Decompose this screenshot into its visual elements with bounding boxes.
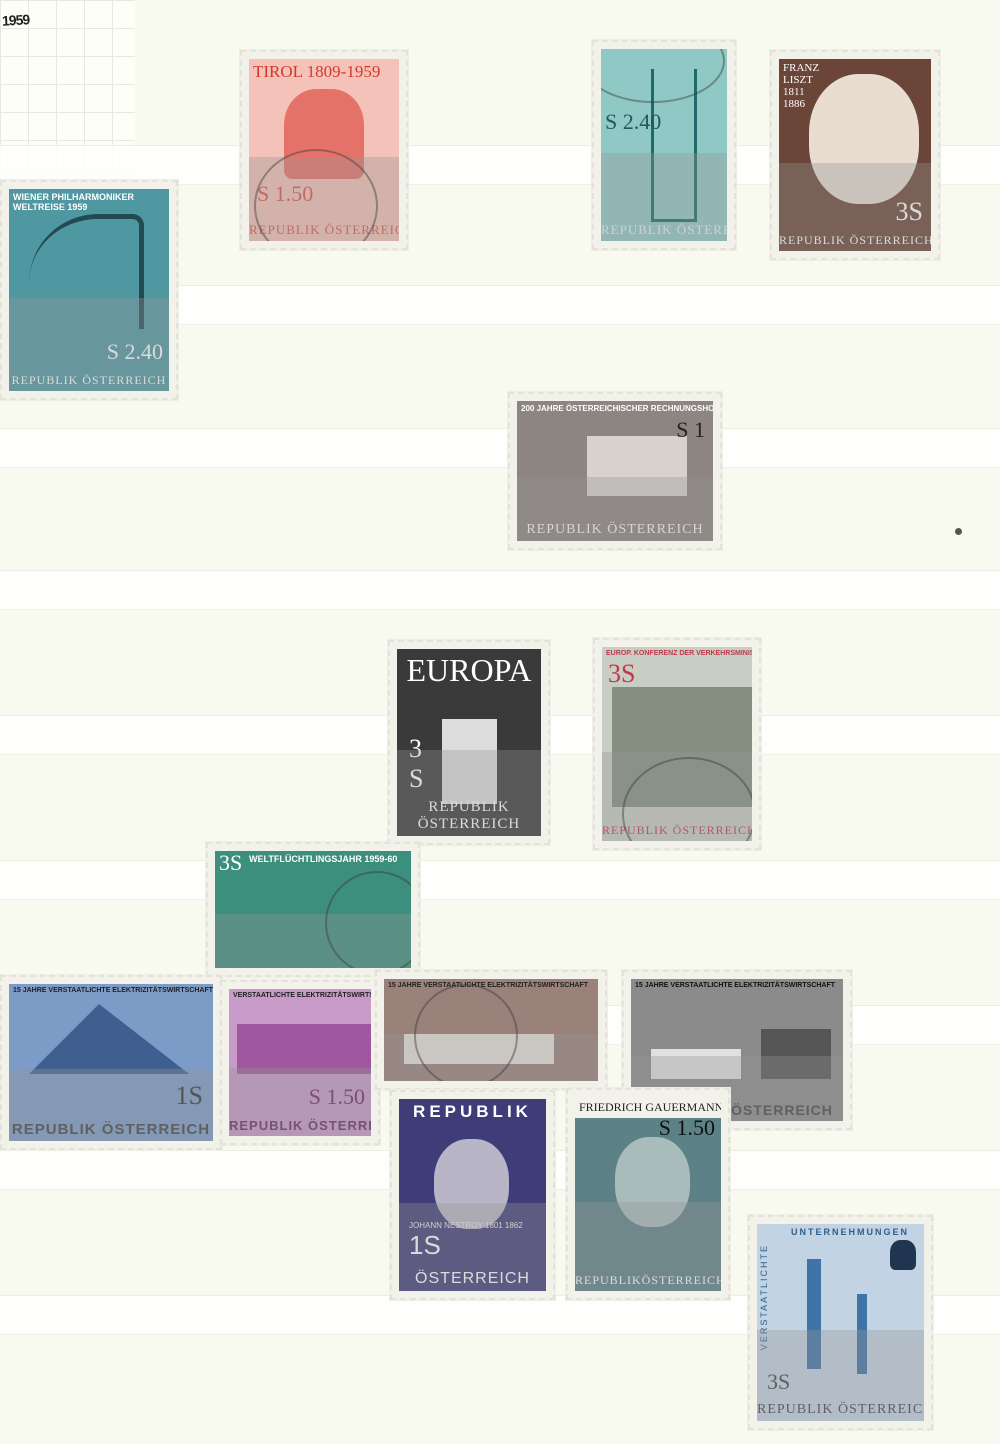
postmark: [601, 49, 725, 103]
stamp-philharmonic: WIENER PHILHARMONIKER WELTREISE 1959 S 2…: [0, 180, 178, 400]
postmark: [414, 984, 518, 1081]
stamp-elektro-danube: VERSTAATLICHTE ELEKTRIZITÄTSWIRTSCHAFT S…: [220, 980, 380, 1145]
glassine-strip: [0, 570, 1000, 610]
glassine-strip: [0, 428, 1000, 468]
stamp-europa: EUROPA 3 S REPUBLIK ÖSTERREICH: [388, 640, 550, 845]
stamp-elektro-dam: 15 JAHRE VERSTAATLICHTE ELEKTRIZITÄTSWIR…: [375, 970, 607, 1090]
album-page: 1959 TIROL 1809-1959 S 1.50 REPUBLIK ÖST…: [0, 0, 1000, 1444]
stamp-tirol: TIROL 1809-1959 S 1.50 REPUBLIK ÖSTERREI…: [240, 50, 408, 250]
handwritten-year: 1959: [2, 11, 30, 28]
power-plant-illustration: [237, 1024, 371, 1074]
stamp-verkehrsminister: EUROP. KONFERENZ DER VERKEHRSMINISTER 19…: [593, 638, 761, 850]
stamp-elektro-mountain: 15 JAHRE VERSTAATLICHTE ELEKTRIZITÄTSWIR…: [0, 975, 222, 1150]
mountain-illustration: [29, 1004, 189, 1074]
stamp-rechnungshof: 200 JAHRE ÖSTERREICHISCHER RECHNUNGSHOF …: [508, 392, 722, 550]
stamp-radar-tower: S 2.40 REPUBLIK ÖSTERREICH: [592, 40, 736, 250]
glassine-strip: [0, 860, 1000, 900]
stamp-liszt: FRANZ LISZT 1811 1886 3S REPUBLIK ÖSTERR…: [770, 50, 940, 260]
stain-mark: [955, 528, 962, 535]
austrian-eagle-icon: [890, 1240, 916, 1270]
stamp-gauermann: FRIEDRICH GAUERMANN S 1.50 REPUBLIKÖSTER…: [566, 1088, 730, 1300]
stamp-refugee-year: WELTFLÜCHTLINGSJAHR 1959-60 3S: [206, 842, 420, 977]
stamp-verstaatlichte: UNTERNEHMUNGEN VERSTAATLICHTE 3S REPUBLI…: [748, 1215, 933, 1430]
postmark: [325, 871, 411, 968]
stamp-nestroy: REPUBLIK JOHANN NESTROY 1801 1862 1S ÖST…: [390, 1090, 555, 1300]
